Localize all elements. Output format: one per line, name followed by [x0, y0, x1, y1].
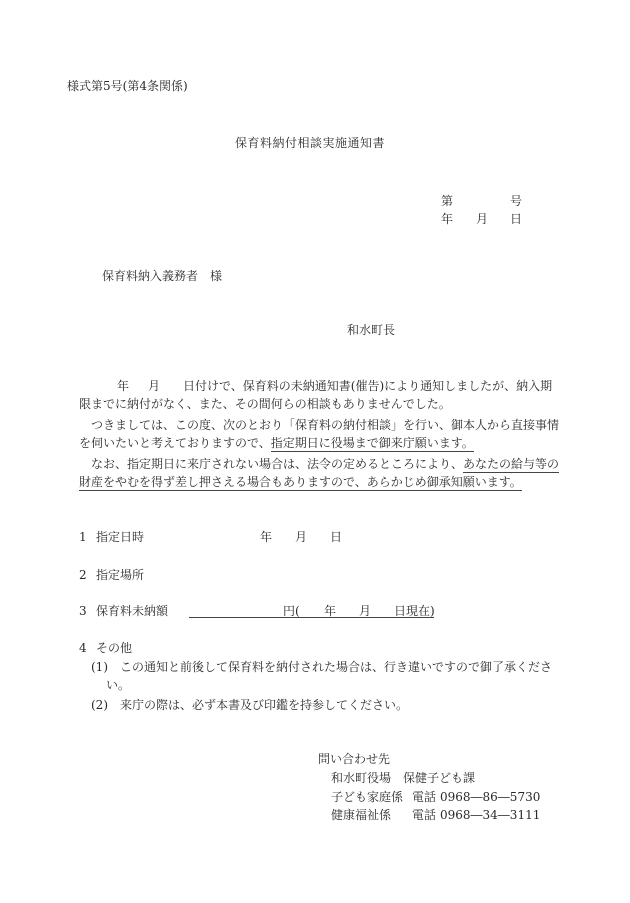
contact-heading: 問い合わせ先: [318, 751, 390, 767]
para3-line2-underlined: 財産をやむを得ず差し押さえる場合もありますので、あらかじめ御承知願います。: [79, 475, 522, 491]
document-title: 保育料納付相談実施通知書: [235, 135, 385, 151]
item-month: 月: [295, 529, 307, 545]
note-line1: この通知と前後して保育料を納付された場合は、行き違いですので御了承くださ: [120, 659, 552, 675]
contact-section: 健康福祉係: [331, 807, 391, 823]
doc-date-month: 月: [476, 211, 488, 227]
note-number: (2): [91, 697, 108, 713]
sender: 和水町長: [347, 322, 395, 338]
item-year: 年: [324, 603, 336, 619]
item-number: 3: [79, 603, 87, 619]
doc-number-prefix: 第: [441, 193, 453, 209]
note-line1: 来庁の際は、必ず本書及び印鑑を持参してください。: [120, 697, 408, 713]
item-day: 日: [330, 529, 342, 545]
para1-line2: 限までに納付がなく、また、その間何らの相談もありませんでした。: [79, 396, 451, 412]
item-label: 指定場所: [96, 567, 144, 583]
para3-line1-plain: なお、指定期日に来庁されない場合は、法令の定めるところにより、: [91, 457, 463, 471]
item-number: 2: [79, 567, 87, 583]
doc-date-year: 年: [441, 211, 453, 227]
item-number: 1: [79, 529, 87, 545]
form-label: 様式第5号(第4条関係): [67, 78, 188, 94]
para1-line1: 日付けで、保育料の未納通知書(催告)により通知しましたが、納入期: [183, 378, 552, 394]
item-label: 指定日時: [96, 529, 144, 545]
para2-line2-plain: を伺いたいと考えておりますので、: [79, 436, 271, 450]
note-line2: い。: [106, 677, 130, 693]
para2-line1: つきましては、この度、次のとおり「保育料の納付相談」を行い、御本人から直接事情: [91, 417, 559, 433]
note-number: (1): [91, 659, 108, 675]
item-day-suffix: 日現在): [394, 603, 435, 619]
para3-line1-underlined: あなたの給与等の: [463, 457, 559, 473]
item-year: 年: [260, 529, 272, 545]
item-label: その他: [96, 640, 132, 656]
contact-office: 和水町役場 保健子ども課: [331, 770, 475, 786]
contact-phone: 0968―86―5730: [440, 789, 540, 805]
item-month: 月: [359, 603, 371, 619]
doc-number-suffix: 号: [510, 193, 522, 209]
para3-line2: 財産をやむを得ず差し押さえる場合もありますので、あらかじめ御承知願います。: [79, 474, 522, 490]
item-label: 保育料未納額: [96, 603, 168, 619]
para2-line2: を伺いたいと考えておりますので、指定期日に役場まで御来庁願います。: [79, 435, 474, 451]
addressee: 保育料納入義務者 様: [102, 268, 222, 284]
contact-phone-label: 電話: [412, 807, 436, 823]
contact-phone-label: 電話: [412, 789, 436, 805]
para2-line2-underlined: 指定期日に役場まで御来庁願います。: [271, 436, 474, 452]
contact-phone: 0968―34―3111: [440, 807, 540, 823]
item-yen: 円(: [283, 603, 300, 619]
para1-year: 年: [117, 378, 129, 394]
para3-line1: なお、指定期日に来庁されない場合は、法令の定めるところにより、あなたの給与等の: [91, 456, 559, 472]
contact-section: 子ども家庭係: [331, 789, 403, 805]
doc-date-day: 日: [510, 211, 522, 227]
item-number: 4: [79, 640, 87, 656]
para1-month: 月: [148, 378, 160, 394]
